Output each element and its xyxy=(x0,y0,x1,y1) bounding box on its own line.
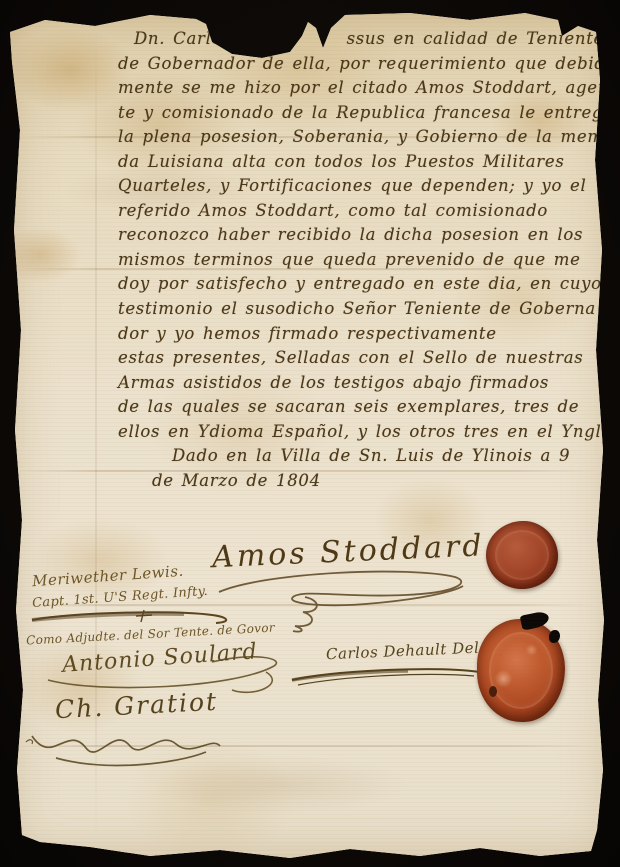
manuscript-line: Armas asistidos de los testigos abajo fi… xyxy=(118,371,604,396)
photo-background: Dn. Carlos Dehau ssus en calidad de Teni… xyxy=(0,0,620,867)
manuscript-text: Dn. Carlos Dehau ssus en calidad de Teni… xyxy=(118,27,604,493)
manuscript-line: da Luisiana alta con todos los Puestos M… xyxy=(118,150,604,175)
signature-charles-gratiot: Ch. Gratiot xyxy=(54,687,218,724)
signature-meriwether-lewis: Meriwether Lewis. xyxy=(32,562,185,591)
manuscript-line: dor y yo hemos firmado respectivamente xyxy=(118,322,604,347)
manuscript-line: te y comisionado de la Republica frances… xyxy=(118,101,604,126)
manuscript-line: la plena posesion, Soberania, y Gobierno… xyxy=(118,125,604,150)
wax-seal-upper xyxy=(486,521,558,589)
torn-hole-gap xyxy=(297,27,347,52)
document-paper: Dn. Carlos Dehau ssus en calidad de Teni… xyxy=(0,0,620,867)
manuscript-line: testimonio el susodicho Señor Teniente d… xyxy=(118,297,604,322)
manuscript-line-fragment: ssus en calidad de Teniente xyxy=(347,27,604,52)
manuscript-line: de Gobernador de ella, por requerimiento… xyxy=(118,52,604,77)
ink-bleedthrough xyxy=(150,755,410,815)
signature-amos-stoddard: Amos Stoddard. xyxy=(211,528,497,575)
manuscript-line-dateline: de Marzo de 1804 xyxy=(118,469,604,494)
manuscript-line: de las quales se sacaran seis exemplares… xyxy=(118,395,604,420)
signature-flourish-delassus xyxy=(286,662,486,694)
manuscript-line: Dn. Carlos Dehau ssus en calidad de Teni… xyxy=(118,27,604,52)
manuscript-line: Quarteles, y Fortificaciones que depende… xyxy=(118,174,604,199)
manuscript-line: doy por satisfecho y entregado en este d… xyxy=(118,272,604,297)
seal-crack xyxy=(489,686,497,697)
manuscript-line: referido Amos Stoddart, como tal comisio… xyxy=(118,199,604,224)
manuscript-line: mismos terminos que queda prevenido de q… xyxy=(118,248,604,273)
manuscript-line: ellos en Ydioma Español, y los otros tre… xyxy=(118,420,604,445)
manuscript-line: estas presentes, Selladas con el Sello d… xyxy=(118,346,604,371)
manuscript-line-fragment: Dn. Carlos Dehau xyxy=(134,27,297,52)
manuscript-line: mente se me hizo por el citado Amos Stod… xyxy=(118,76,604,101)
manuscript-line: reconozco haber recibido la dicha posesi… xyxy=(118,223,604,248)
signature-antonio-soulard: Antonio Soulard xyxy=(61,639,258,678)
manuscript-line-dateline: Dado en la Villa de Sn. Luis de Ylinois … xyxy=(118,444,604,469)
fold-crease xyxy=(14,745,600,747)
